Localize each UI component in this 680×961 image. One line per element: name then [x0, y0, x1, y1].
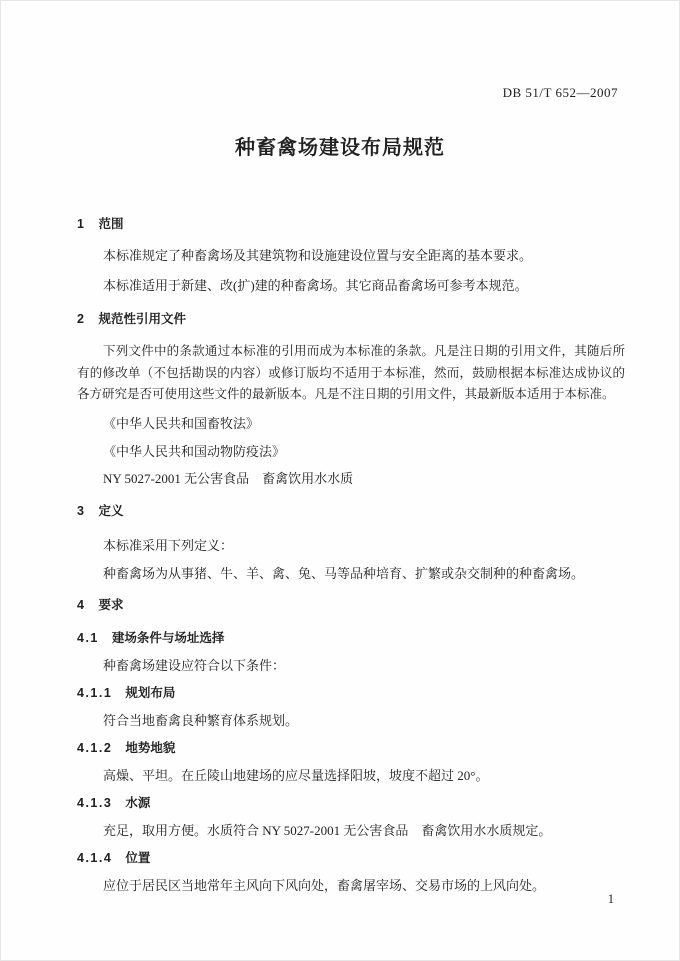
reference-3: NY 5027-2001 无公害食品 畜禽饮用水水质	[103, 468, 353, 487]
reference-2: 《中华人民共和国动物防疫法》	[103, 441, 285, 460]
section-4-title: 要求	[98, 598, 123, 612]
section-1-paragraph-2: 本标准适用于新建、改(扩)建的种畜禽场。其它商品畜禽场可参考本规范。	[77, 275, 528, 294]
section-3-paragraph-2: 种畜禽场为从事猪、牛、羊、禽、兔、马等品种培育、扩繁或杂交制种的种畜禽场。	[77, 563, 584, 582]
section-2-title: 规范性引用文件	[98, 312, 186, 326]
section-1-paragraph-1: 本标准规定了种畜禽场及其建筑物和设施建设位置与安全距离的基本要求。	[77, 245, 532, 264]
section-4-number: 4	[77, 598, 85, 612]
section-2-heading: 2规范性引用文件	[77, 309, 186, 327]
subsection-4-1-3-heading: 4.1.3水源	[77, 793, 150, 811]
section-3-number: 3	[77, 504, 85, 518]
subsection-4-1-1-number: 4.1.1	[77, 686, 112, 700]
section-1-number: 1	[77, 217, 85, 231]
subsection-4-1-1-heading: 4.1.1规划布局	[77, 683, 175, 701]
subsection-4-1-3-number: 4.1.3	[77, 796, 112, 810]
subsection-4-1-2-number: 4.1.2	[77, 741, 112, 755]
page-title: 种畜禽场建设布局规范	[0, 131, 680, 160]
section-2-paragraph: 下列文件中的条款通过本标准的引用而成为本标准的条款。凡是注日期的引用文件，其随后…	[77, 341, 625, 406]
subsection-4-1-2-heading: 4.1.2地势地貌	[77, 738, 175, 756]
subsection-4-1-4-title: 位置	[125, 851, 150, 865]
subsection-4-1-3-title: 水源	[125, 796, 150, 810]
subsection-4-1-2-title: 地势地貌	[125, 741, 175, 755]
subsection-4-1-2-paragraph: 高燥、平坦。在丘陵山地建场的应尽量选择阳坡，坡度不超过 20°。	[77, 765, 488, 784]
section-3-paragraph-1: 本标准采用下列定义：	[77, 535, 233, 554]
section-4-heading: 4要求	[77, 595, 123, 613]
subsection-4-1-4-heading: 4.1.4位置	[77, 848, 150, 866]
section-3-heading: 3定义	[77, 501, 123, 519]
section-1-title: 范围	[98, 217, 123, 231]
section-3-title: 定义	[98, 504, 123, 518]
subsection-4-1-4-number: 4.1.4	[77, 851, 112, 865]
subsection-4-1-heading: 4.1建场条件与场址选择	[77, 628, 224, 646]
doc-number: DB 51/T 652—2007	[503, 85, 618, 101]
document-page: DB 51/T 652—2007 种畜禽场建设布局规范 1范围 本标准规定了种畜…	[0, 0, 680, 961]
subsection-4-1-3-paragraph: 充足，取用方便。水质符合 NY 5027-2001 无公害食品 畜禽饮用水水质规…	[77, 820, 551, 839]
subsection-4-1-4-paragraph: 应位于居民区当地常年主风向下风向处，畜禽屠宰场、交易市场的上风向处。	[77, 875, 545, 894]
subsection-4-1-1-paragraph: 符合当地畜禽良种繁育体系规划。	[77, 710, 298, 729]
subsection-4-1-number: 4.1	[77, 631, 99, 645]
page-number: 1	[608, 892, 614, 907]
reference-1: 《中华人民共和国畜牧法》	[103, 413, 259, 432]
subsection-4-1-1-title: 规划布局	[125, 686, 175, 700]
section-1-heading: 1范围	[77, 214, 123, 232]
subsection-4-1-title: 建场条件与场址选择	[112, 631, 225, 645]
section-2-number: 2	[77, 312, 85, 326]
subsection-4-1-paragraph: 种畜禽场建设应符合以下条件：	[77, 655, 285, 674]
